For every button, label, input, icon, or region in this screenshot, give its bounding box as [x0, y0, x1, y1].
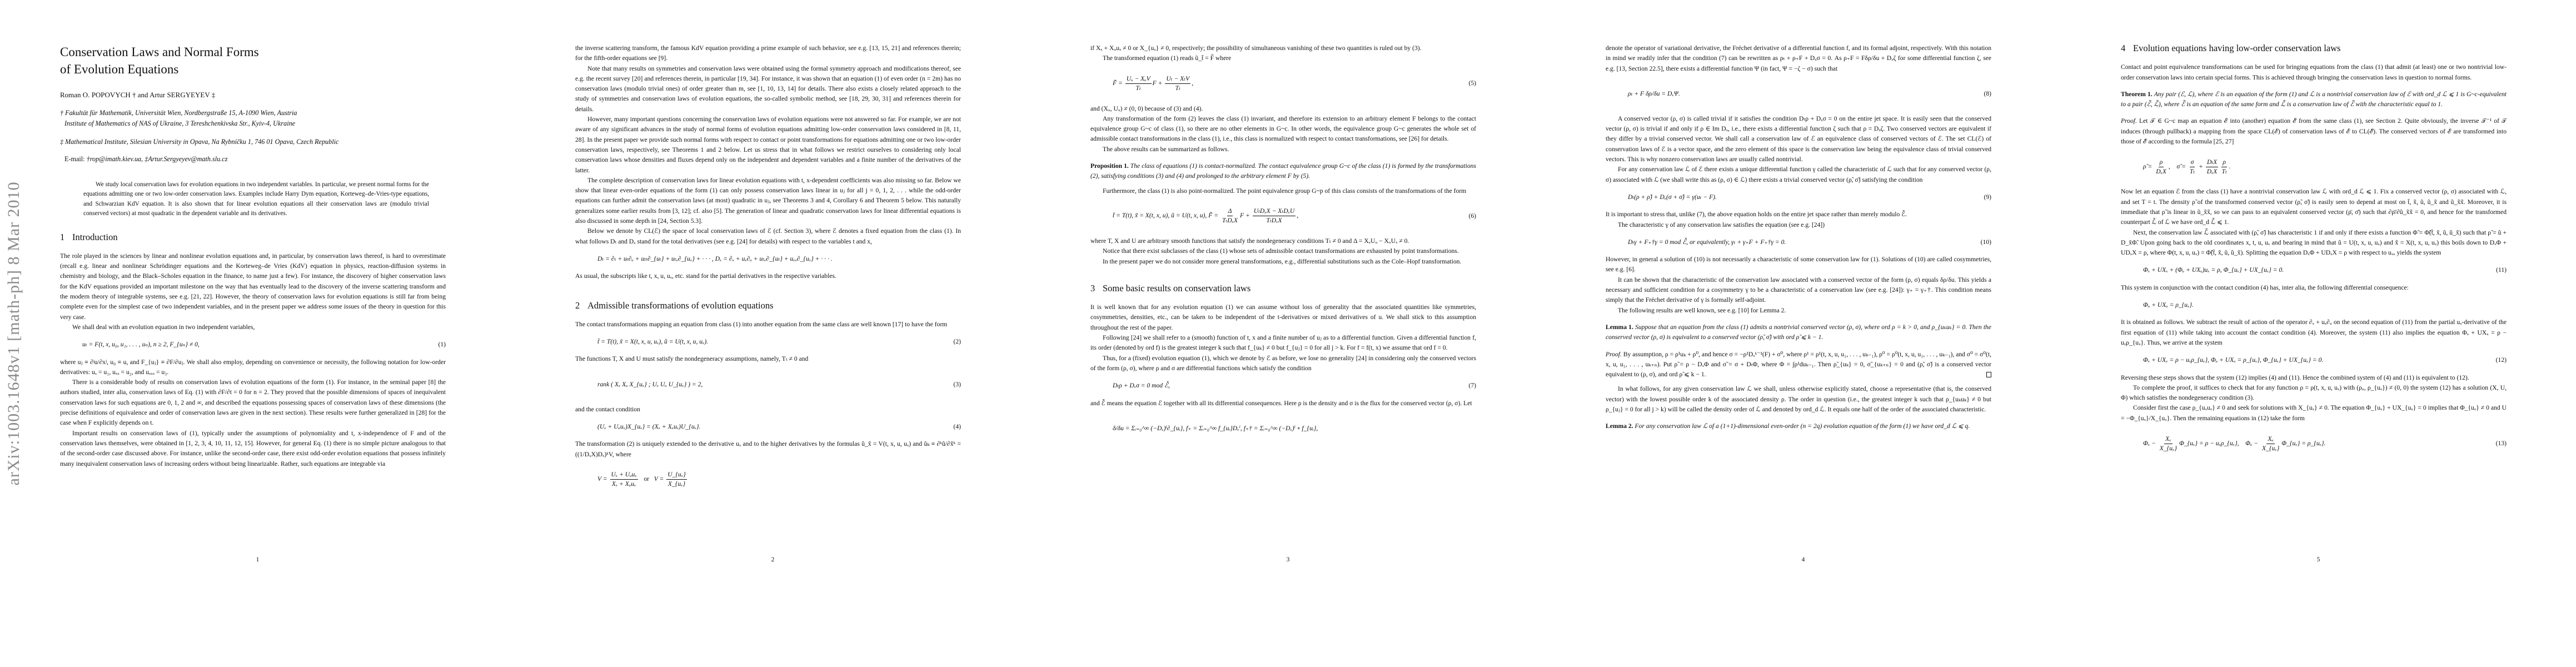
- equation-number: (10): [1981, 237, 1991, 247]
- equation-body: F̃ = Uᵤ − XᵤVTₜF + Uₜ − XₜVTₜ,: [1113, 74, 1193, 93]
- equation-left: Φₓ −: [2143, 440, 2156, 447]
- page-number: 3: [1030, 556, 1546, 563]
- denominator: X_{uₓ}: [2261, 444, 2280, 453]
- paragraph: The complete description of conservation…: [575, 176, 961, 226]
- page-number: 1: [0, 556, 515, 563]
- denominator: Xₓ + Xᵤuₓ: [611, 480, 637, 489]
- section-title: Evolution equations having low-order con…: [2133, 43, 2340, 53]
- paragraph: Now let an equation ℰ from the class (1)…: [2121, 187, 2507, 227]
- paragraph: the inverse scattering transform, the fa…: [575, 43, 961, 64]
- lemma-text: Suppose that an equation from the class …: [1606, 323, 1991, 341]
- paragraph: Following [24] we shall refer to a (smoo…: [1090, 333, 1476, 354]
- section-title: Admissible transformations of evolution …: [587, 300, 774, 311]
- equation-body: δ/δu = Σᵢ₌₀^∞ (−Dₓ)ⁱ∂_{uᵢ}, f₊ = Σᵢ₌₀^∞ …: [1113, 424, 1318, 434]
- section-number: 4: [2121, 43, 2133, 53]
- section-number: 2: [575, 301, 587, 311]
- equation-number: (2): [953, 337, 961, 347]
- numerator: DₜX: [2206, 158, 2218, 167]
- proof-text: By assumption, ρ = ρ¹uₖ + ρ⁰, and hence …: [1606, 351, 1991, 379]
- paragraph: denote the operator of variational deriv…: [1606, 43, 1991, 74]
- lemma-label: Lemma 2.: [1606, 422, 1633, 430]
- paragraph: We shall deal with an evolution equation…: [60, 322, 446, 332]
- theorem-1: Theorem 1. Any pair (ℰ, ℒ), where ℰ is a…: [2121, 89, 2507, 110]
- paragraph: The transformed equation (1) reads ũ_t̃ …: [1090, 53, 1476, 63]
- section-number: 3: [1090, 283, 1103, 293]
- arxiv-stamp: arXiv:1003.1648v1 [math-ph] 8 Mar 2010: [2, 150, 24, 517]
- page-4: denote the operator of variational deriv…: [1546, 0, 2061, 667]
- section-heading-introduction: 1Introduction: [60, 232, 446, 242]
- numerator: ρ: [2159, 158, 2164, 167]
- paragraph: The following results are well known, se…: [1606, 306, 1991, 316]
- equation-right: Φ_{uₓ} = ρ − uₓρ_{uₓ},: [2179, 440, 2239, 447]
- page-1: arXiv:1003.1648v1 [math-ph] 8 Mar 2010 C…: [0, 0, 515, 667]
- section-heading-basic-results: 3Some basic results on conservation laws: [1090, 283, 1476, 293]
- paragraph: This system in conjunction with the cont…: [2121, 283, 2507, 293]
- paragraph: In what follows, for any given conservat…: [1606, 384, 1991, 415]
- denominator: TₜDₓX: [1265, 216, 1283, 225]
- fraction: XᵤX_{uₓ}: [2261, 435, 2280, 453]
- document-strip: arXiv:1003.1648v1 [math-ph] 8 Mar 2010 C…: [0, 0, 2576, 667]
- paragraph: There is a considerable body of results …: [60, 377, 446, 428]
- paragraph: Reversing these steps shows that the sys…: [2121, 373, 2507, 383]
- numerator: σ: [2190, 158, 2195, 167]
- email-line: E-mail: †rop@imath.kiev.ua, ‡Artur.Sergy…: [60, 154, 446, 164]
- equation-number: (5): [1468, 78, 1476, 88]
- paragraph: Furthermore, the class (1) is also point…: [1090, 186, 1476, 196]
- equation-body: t̃ = T(t), x̃ = X(t, x, u), ũ = U(t, x, …: [1113, 207, 1298, 225]
- section-title: Introduction: [72, 232, 118, 242]
- email-link-1[interactable]: †rop@imath.kiev.ua,: [87, 155, 143, 163]
- paragraph: Contact and point equivalence transforma…: [2121, 62, 2507, 83]
- equation-body: Φₓ + UXₓ + (Φᵤ + UXᵤ)uₓ = ρ, Φ_{uₓ} + UX…: [2143, 265, 2284, 275]
- abstract: We study local conservation laws for evo…: [83, 180, 429, 219]
- proposition-text: The class of equations (1) is contact-no…: [1090, 162, 1476, 180]
- paragraph: where uⱼ ≡ ∂ʲu/∂xʲ, u₀ ≡ u, and F_{uⱼ} ≡…: [60, 357, 446, 378]
- paragraph: To complete the proof, it suffices to ch…: [2121, 383, 2507, 404]
- proposition-1: Proposition 1. The class of equations (1…: [1090, 161, 1476, 182]
- lemma-label: Lemma 1.: [1606, 323, 1633, 331]
- paragraph: However, many important questions concer…: [575, 115, 961, 176]
- paragraph: Important results on conservation laws o…: [60, 429, 446, 469]
- fraction: ρTₜ: [2221, 158, 2228, 176]
- equation-12: Φₓ + UXₓ = ρ − uₓρ_{uₓ}, Φᵤ + UXᵤ = ρ_{u…: [2121, 355, 2507, 365]
- equation-number: (8): [1984, 89, 1991, 99]
- equation-operators: δ/δu = Σᵢ₌₀^∞ (−Dₓ)ⁱ∂_{uᵢ}, f₊ = Σᵢ₌₀^∞ …: [1090, 416, 1476, 441]
- fraction: XₓX_{uₓ}: [2159, 435, 2178, 453]
- paragraph: if Xₓ + Xᵤuₓ ≠ 0 or X_{uₓ} ≠ 0, respecti…: [1090, 43, 1476, 53]
- paragraph: The contact transformations mapping an e…: [575, 320, 961, 330]
- email-link-2[interactable]: ‡Artur.Sergyeyev@math.slu.cz: [145, 155, 227, 163]
- denominator: Tₜ: [2189, 167, 2196, 176]
- denominator: X_{uₓ}: [2159, 444, 2178, 453]
- fraction: DₜXDₓX: [2206, 158, 2219, 176]
- email-label: E-mail:: [64, 155, 85, 163]
- equation-left: t̃ = T(t), x̃ = X(t, x, u), ũ = U(t, x, …: [1113, 212, 1218, 220]
- affiliation-1-line-2: Institute of Mathematics of NAS of Ukrai…: [64, 118, 446, 129]
- equation-body: (Uₓ + Uᵤuₓ)X_{uₓ} = (Xₓ + Xᵤuₓ)U_{uₓ}.: [597, 422, 700, 432]
- paragraph: Thus, for a (fixed) evolution equation (…: [1090, 354, 1476, 374]
- equation-body: Dₜ = ∂ₜ + uₜ∂ᵤ + uₜₜ∂_{uₜ} + uₜₓ∂_{uₓ} +…: [597, 254, 833, 264]
- paragraph: The above results can be summarized as f…: [1090, 145, 1476, 155]
- numerator: Xₓ: [2164, 435, 2172, 444]
- equation-9: Dₜ(ρ + ρ̃) + Dₓ(σ + σ̃) = γ(uₜ − F).(9): [1606, 192, 1991, 202]
- equation-body: Dₜ(ρ + ρ̃) + Dₓ(σ + σ̃) = γ(uₜ − F).: [1628, 192, 1717, 202]
- numerator: UₜDₓX − XₜDₓU: [1253, 207, 1296, 216]
- theorem-text: Any pair (ℰ, ℒ), where ℰ is an equation …: [2121, 91, 2507, 108]
- page-number: 4: [1546, 556, 2061, 563]
- denominator: TₜDₓX: [1221, 216, 1239, 225]
- equation-body: ρₜ + F δρ/δu = DₓΨ.: [1628, 89, 1680, 99]
- equation-8: ρₜ + F δρ/δu = DₓΨ.(8): [1606, 81, 1991, 107]
- equation-body: rank ( Xₓ Xᵤ X_{uₓ} ; Uₓ Uᵤ U_{uₓ} ) = 2…: [597, 380, 702, 390]
- qed-square-icon: [1986, 372, 1991, 377]
- equation-number: (7): [1468, 381, 1476, 391]
- denominator: DₓX: [2155, 167, 2168, 176]
- paragraph: The role played in the sciences by linea…: [60, 251, 446, 322]
- denominator: Tₜ: [1174, 84, 1182, 93]
- equation-left: σ̃ =: [2176, 163, 2185, 170]
- equation-left: Φᵤ −: [2245, 440, 2258, 447]
- equation-number: (11): [2496, 265, 2507, 275]
- paragraph: However, in general a solution of (10) i…: [1606, 255, 1991, 275]
- arxiv-stamp-text: arXiv:1003.1648v1 [math-ph] 8 Mar 2010: [4, 150, 23, 517]
- equation-body: Φᵤ + UXᵤ = ρ_{uₓ}.: [2143, 300, 2194, 310]
- equation-number: (1): [438, 340, 446, 350]
- equation-2: t̃ = T(t), x̃ = X(t, x, u, uₓ), ũ = U(t,…: [575, 337, 961, 347]
- title-line-1: Conservation Laws and Normal Forms: [60, 43, 446, 61]
- paragraph: As usual, the subscripts like t, x, u, u…: [575, 271, 961, 281]
- fraction: Uₓ + UᵤuₓXₓ + Xᵤuₓ: [610, 470, 638, 489]
- lemma-text: For any conservation law ℒ of a (1+1)-di…: [1635, 422, 1970, 430]
- fraction: σTₜ: [2189, 158, 2196, 176]
- equation-body: Dₜρ + Dₓσ = 0 mod ℰ̌,: [1113, 381, 1170, 391]
- page-number: 5: [2061, 556, 2576, 563]
- numerator: U_{uₓ}: [666, 470, 687, 480]
- equation-total-derivatives: Dₜ = ∂ₜ + uₜ∂ᵤ + uₜₜ∂_{uₜ} + uₜₓ∂_{uₓ} +…: [575, 254, 961, 264]
- numerator: Δ: [1227, 207, 1233, 216]
- equation-10: Dₜγ + F₊†γ = 0 mod ℰ̌, or equivalently, …: [1606, 237, 1991, 247]
- equation-13: Φₓ − XₓX_{uₓ}Φ_{uₓ} = ρ − uₓρ_{uₓ}, Φᵤ −…: [2121, 431, 2507, 456]
- paragraph: and ℰ̌ means the equation ℰ together wit…: [1090, 399, 1476, 409]
- page-5: 4Evolution equations having low-order co…: [2061, 0, 2576, 667]
- proof-text: Let 𝒯 ∈ G~c map an equation ℰ into (anot…: [2121, 117, 2507, 145]
- paragraph: Any transformation of the form (2) leave…: [1090, 114, 1476, 145]
- equation-body: Dₜγ + F₊†γ = 0 mod ℰ̌, or equivalently, …: [1628, 237, 1786, 247]
- denominator: X_{uₓ}: [667, 480, 686, 489]
- proof-label: Proof.: [1606, 351, 1622, 358]
- fraction: Uᵤ − XᵤVTₜ: [1125, 74, 1152, 93]
- lemma-1: Lemma 1. Suppose that an equation from t…: [1606, 322, 1991, 343]
- paragraph: The characteristic γ of any conservation…: [1606, 220, 1991, 230]
- section-heading-low-order-laws: 4Evolution equations having low-order co…: [2121, 43, 2507, 53]
- theorem-label: Theorem 1.: [2121, 91, 2153, 98]
- equation-consequence: Φᵤ + UXᵤ = ρ_{uₓ}.: [2121, 300, 2507, 310]
- equation-11: Φₓ + UXₓ + (Φᵤ + UXᵤ)uₓ = ρ, Φ_{uₓ} + UX…: [2121, 265, 2507, 275]
- paragraph: A conserved vector (ρ, σ) is called triv…: [1606, 114, 1991, 165]
- paragraph: It can be shown that the characteristic …: [1606, 275, 1991, 306]
- section-heading-admissible-transformations: 2Admissible transformations of evolution…: [575, 301, 961, 311]
- equation-6: t̃ = T(t), x̃ = X(t, x, u), ũ = U(t, x, …: [1090, 203, 1476, 229]
- proof-label: Proof.: [2121, 117, 2137, 125]
- section-title: Some basic results on conservation laws: [1103, 283, 1250, 293]
- paragraph: Note that many results on symmetries and…: [575, 64, 961, 115]
- fraction: UₜDₓX − XₜDₓUTₜDₓX: [1253, 207, 1296, 225]
- section-number: 1: [60, 232, 72, 242]
- equation-body: Φₓ − XₓX_{uₓ}Φ_{uₓ} = ρ − uₓρ_{uₓ}, Φᵤ −…: [2143, 435, 2325, 453]
- numerator: Xᵤ: [2266, 435, 2274, 444]
- equation-transformed-vectors: ρ̃ = ρDₓX, σ̃ = σTₜ + DₜXDₓXρTₜ.: [2121, 154, 2507, 180]
- affiliation-1: † Fakultät für Mathematik, Universität W…: [60, 108, 446, 129]
- numerator: Uₜ − XₜV: [1165, 74, 1190, 84]
- paragraph: It is obtained as follows. We subtract t…: [2121, 317, 2507, 348]
- paragraph: Consider first the case ρ_{uₓuₓ} ≠ 0 and…: [2121, 403, 2507, 424]
- equation-body: V = Uₓ + UᵤuₓXₓ + Xᵤuₓ or V = U_{uₓ}X_{u…: [597, 470, 688, 489]
- lemma-2: Lemma 2. For any conservation law ℒ of a…: [1606, 421, 1991, 431]
- authors: Roman O. POPOVYCH † and Artur SERGYEYEV …: [60, 90, 446, 100]
- paragraph: Below we denote by CL(ℰ) the space of lo…: [575, 226, 961, 247]
- equation-left: ρ̃ =: [2143, 163, 2152, 170]
- numerator: Uₓ + Uᵤuₓ: [610, 470, 638, 480]
- title-line-2: of Evolution Equations: [60, 61, 446, 78]
- equation-5: F̃ = Uᵤ − XᵤVTₜF + Uₜ − XₜVTₜ, (5): [1090, 71, 1476, 97]
- paragraph: where T, X and U are arbitrary smooth fu…: [1090, 236, 1476, 246]
- proof-lemma-1: Proof. By assumption, ρ = ρ¹uₖ + ρ⁰, and…: [1606, 350, 1991, 380]
- proposition-label: Proposition 1.: [1090, 162, 1129, 170]
- equation-body: uₜ = F(t, x, u₀, u₁, . . . , uₙ), n ≥ 2,…: [82, 340, 200, 350]
- paragraph: For any conservation law ℒ of ℰ there ex…: [1606, 165, 1991, 185]
- equation-body: t̃ = T(t), x̃ = X(t, x, u, uₓ), ũ = U(t,…: [597, 337, 708, 347]
- page-2: the inverse scattering transform, the fa…: [515, 0, 1030, 667]
- equation-number: (4): [953, 422, 961, 432]
- equation-number: (3): [953, 380, 961, 390]
- denominator: Tₜ: [1135, 84, 1142, 93]
- denominator: Tₜ: [2221, 167, 2228, 176]
- equation-right: Φ_{uₓ} = ρ_{uₓ}.: [2281, 440, 2325, 447]
- paragraph: In the present paper we do not consider …: [1090, 257, 1476, 267]
- paragraph: Notice that there exist subclasses of th…: [1090, 246, 1476, 256]
- paragraph: The transformation (2) is uniquely exten…: [575, 439, 961, 460]
- fraction: ΔTₜDₓX: [1221, 207, 1239, 225]
- or-label: or: [644, 476, 649, 483]
- equation-3: rank ( Xₓ Xᵤ X_{uₓ} ; Uₓ Uᵤ U_{uₓ} ) = 2…: [575, 372, 961, 397]
- numerator: ρ: [2221, 158, 2227, 167]
- equation-number: (13): [2496, 439, 2507, 449]
- page-number: 2: [515, 556, 1030, 563]
- paragraph: It is well known that for any evolution …: [1090, 302, 1476, 333]
- numerator: Uᵤ − XᵤV: [1125, 74, 1152, 84]
- paragraph: Next, the conservation law ℒ̃ associated…: [2121, 228, 2507, 258]
- equation-number: (12): [2496, 355, 2507, 365]
- affiliation-1-line-1: † Fakultät für Mathematik, Universität W…: [64, 108, 446, 118]
- page-3: if Xₓ + Xᵤuₓ ≠ 0 or X_{uₓ} ≠ 0, respecti…: [1030, 0, 1546, 667]
- equation-body: Φₓ + UXₓ = ρ − uₓρ_{uₓ}, Φᵤ + UXᵤ = ρ_{u…: [2143, 355, 2323, 365]
- equation-V: V = Uₓ + UᵤuₓXₓ + Xᵤuₓ or V = U_{uₓ}X_{u…: [575, 467, 961, 492]
- equation-4: (Uₓ + Uᵤuₓ)X_{uₓ} = (Xₓ + Xᵤuₓ)U_{uₓ}.(4…: [575, 422, 961, 432]
- equation-body: ρ̃ = ρDₓX, σ̃ = σTₜ + DₜXDₓXρTₜ.: [2143, 158, 2231, 176]
- paragraph: It is important to stress that, unlike (…: [1606, 210, 1991, 220]
- proof-theorem-1: Proof. Let 𝒯 ∈ G~c map an equation ℰ int…: [2121, 116, 2507, 147]
- paragraph: and the contact condition: [575, 405, 961, 415]
- affiliation-2: ‡ Mathematical Institute, Silesian Unive…: [60, 137, 446, 147]
- equation-number: (6): [1468, 211, 1476, 221]
- denominator: DₓX: [2206, 167, 2219, 176]
- fraction: Uₜ − XₜVTₜ: [1165, 74, 1190, 93]
- fraction: ρDₓX: [2155, 158, 2168, 176]
- paragraph: and (Xᵤ, Uᵤ) ≠ (0, 0) because of (3) and…: [1090, 104, 1476, 114]
- equation-7: Dₜρ + Dₓσ = 0 mod ℰ̌,(7): [1090, 381, 1476, 391]
- paper-title: Conservation Laws and Normal Forms of Ev…: [60, 43, 446, 78]
- fraction: U_{uₓ}X_{uₓ}: [666, 470, 687, 489]
- equation-number: (9): [1984, 192, 1991, 202]
- paragraph: The functions T, X and U must satisfy th…: [575, 354, 961, 364]
- equation-1: uₜ = F(t, x, u₀, u₁, . . . , uₙ), n ≥ 2,…: [60, 340, 446, 350]
